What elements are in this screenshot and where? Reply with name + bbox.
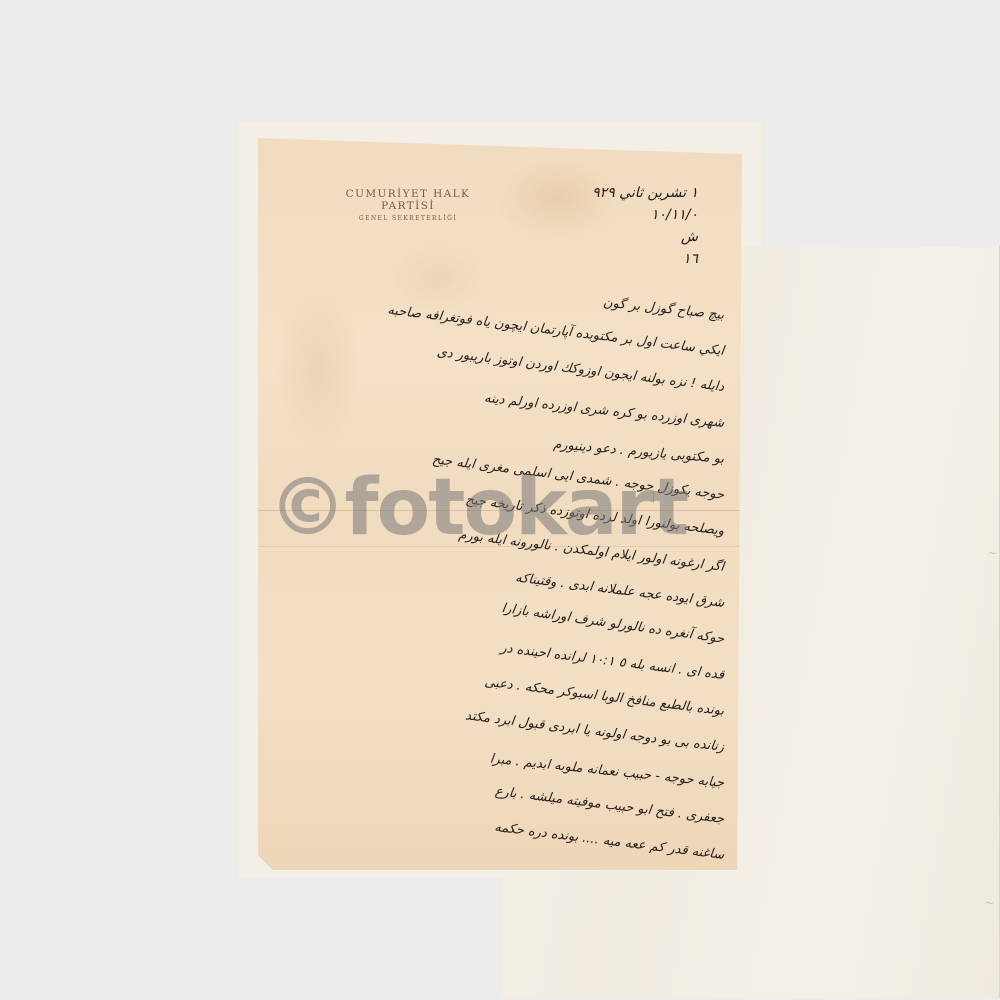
letterhead-subtitle: GENEL SEKRETERLİĞİ <box>328 215 488 222</box>
handwritten-body: بيچ صباح گوزل بر گون ايكي ساعت اول بر مك… <box>274 298 724 910</box>
watermark: ©fotokart <box>268 458 688 558</box>
date-line: ١ تشرين ثاني ٩٢٩ <box>592 182 698 204</box>
letterhead: CUMURİYET HALK PARTİSİ GENEL SEKRETERLİĞ… <box>328 188 488 222</box>
date-line: ١٠/١١/٠ <box>592 204 698 226</box>
date-line: ١٦ <box>592 248 698 270</box>
letterhead-title: CUMURİYET HALK PARTİSİ <box>328 188 488 212</box>
back-sheet-faint-writing: ~ <box>984 896 995 911</box>
date-block: ١ تشرين ثاني ٩٢٩ ١٠/١١/٠ ش ١٦ <box>592 182 698 270</box>
back-sheet-faint-writing: ~ <box>987 546 998 561</box>
date-line: ش <box>592 226 698 248</box>
